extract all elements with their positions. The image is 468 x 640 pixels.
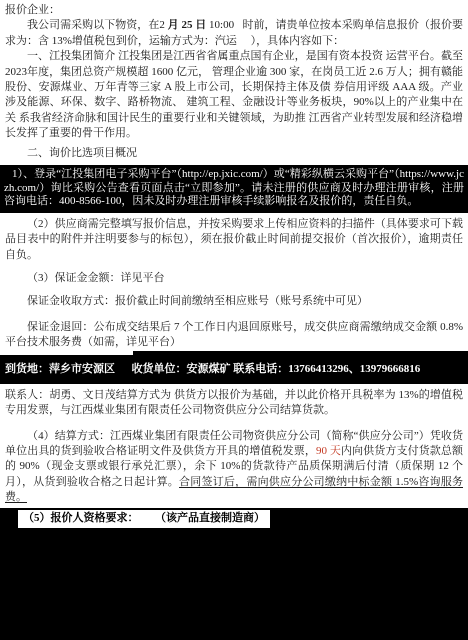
section2-title: 二、询价比选项目概况 xyxy=(5,146,463,161)
intro-date-bold: 月 25 日 xyxy=(168,19,207,31)
highlighted-registration-notice: 1）、登录“江投集团电子采购平台”（http://ep.jxic.com/）或“… xyxy=(0,165,468,213)
section1-company-profile: 一、江投集团简介 江投集团是江西省省属重点国有企业，是国有资本投资 运营平台。截… xyxy=(5,49,463,141)
intro-paragraph: 我公司需采购以下物资，在2 月 25 日 10:00 时前，请贵单位按本采购单信… xyxy=(5,18,463,49)
contacts-settlement: 联系人：胡勇、文日茂结算方式为 供货方以报价为基础，并以此价格开具税率为 13%… xyxy=(5,388,463,419)
intro-text-pre: 我公司需采购以下物资，在2 xyxy=(27,19,168,31)
item4-settlement-method: （4）结算方式：江西煤业集团有限责任公司物资供应分公司（简称“供应分公司”）凭收… xyxy=(5,429,463,506)
item5-qualification-requirement: （5）报价人资格要求： （该产品直接制造商） xyxy=(18,510,270,528)
delivery-info-banner: 到货地：萍乡市安源区 收货单位：安源煤矿 联系电话：13766413296、13… xyxy=(0,355,468,384)
item3-deposit-amount: （3）保证金金额：详见平台 xyxy=(5,271,463,286)
redacted-bottom-area: （5）报价人资格要求： （该产品直接制造商） xyxy=(0,508,468,640)
procurement-inquiry-document: 报价企业： 我公司需采购以下物资，在2 月 25 日 10:00 时前，请贵单位… xyxy=(0,0,468,640)
item4-payment-days-red: 90 天 xyxy=(316,445,341,457)
item2-quote-submission: （2）供应商需完整填写报价信息，并按采购要求上传相应资料的扫描件（具体要求可下载… xyxy=(5,217,463,263)
document-middle-section: （2）供应商需完整填写报价信息，并按采购要求上传相应资料的扫描件（具体要求可下载… xyxy=(0,213,468,351)
document-lower-section: 联系人：胡勇、文日茂结算方式为 供货方以报价为基础，并以此价格开具税率为 13%… xyxy=(0,384,468,508)
deposit-refund: 保证金退回：公布成交结果后 7 个工作日内退回原账号，成交供应商需缴纳成交金额 … xyxy=(5,320,463,351)
quote-company-label: 报价企业： xyxy=(5,3,463,18)
deposit-method: 保证金收取方式：报价截止时间前缴纳至相应账号（账号系统中可见） xyxy=(5,294,463,309)
document-top-section: 报价企业： 我公司需采购以下物资，在2 月 25 日 10:00 时前，请贵单位… xyxy=(0,0,468,165)
